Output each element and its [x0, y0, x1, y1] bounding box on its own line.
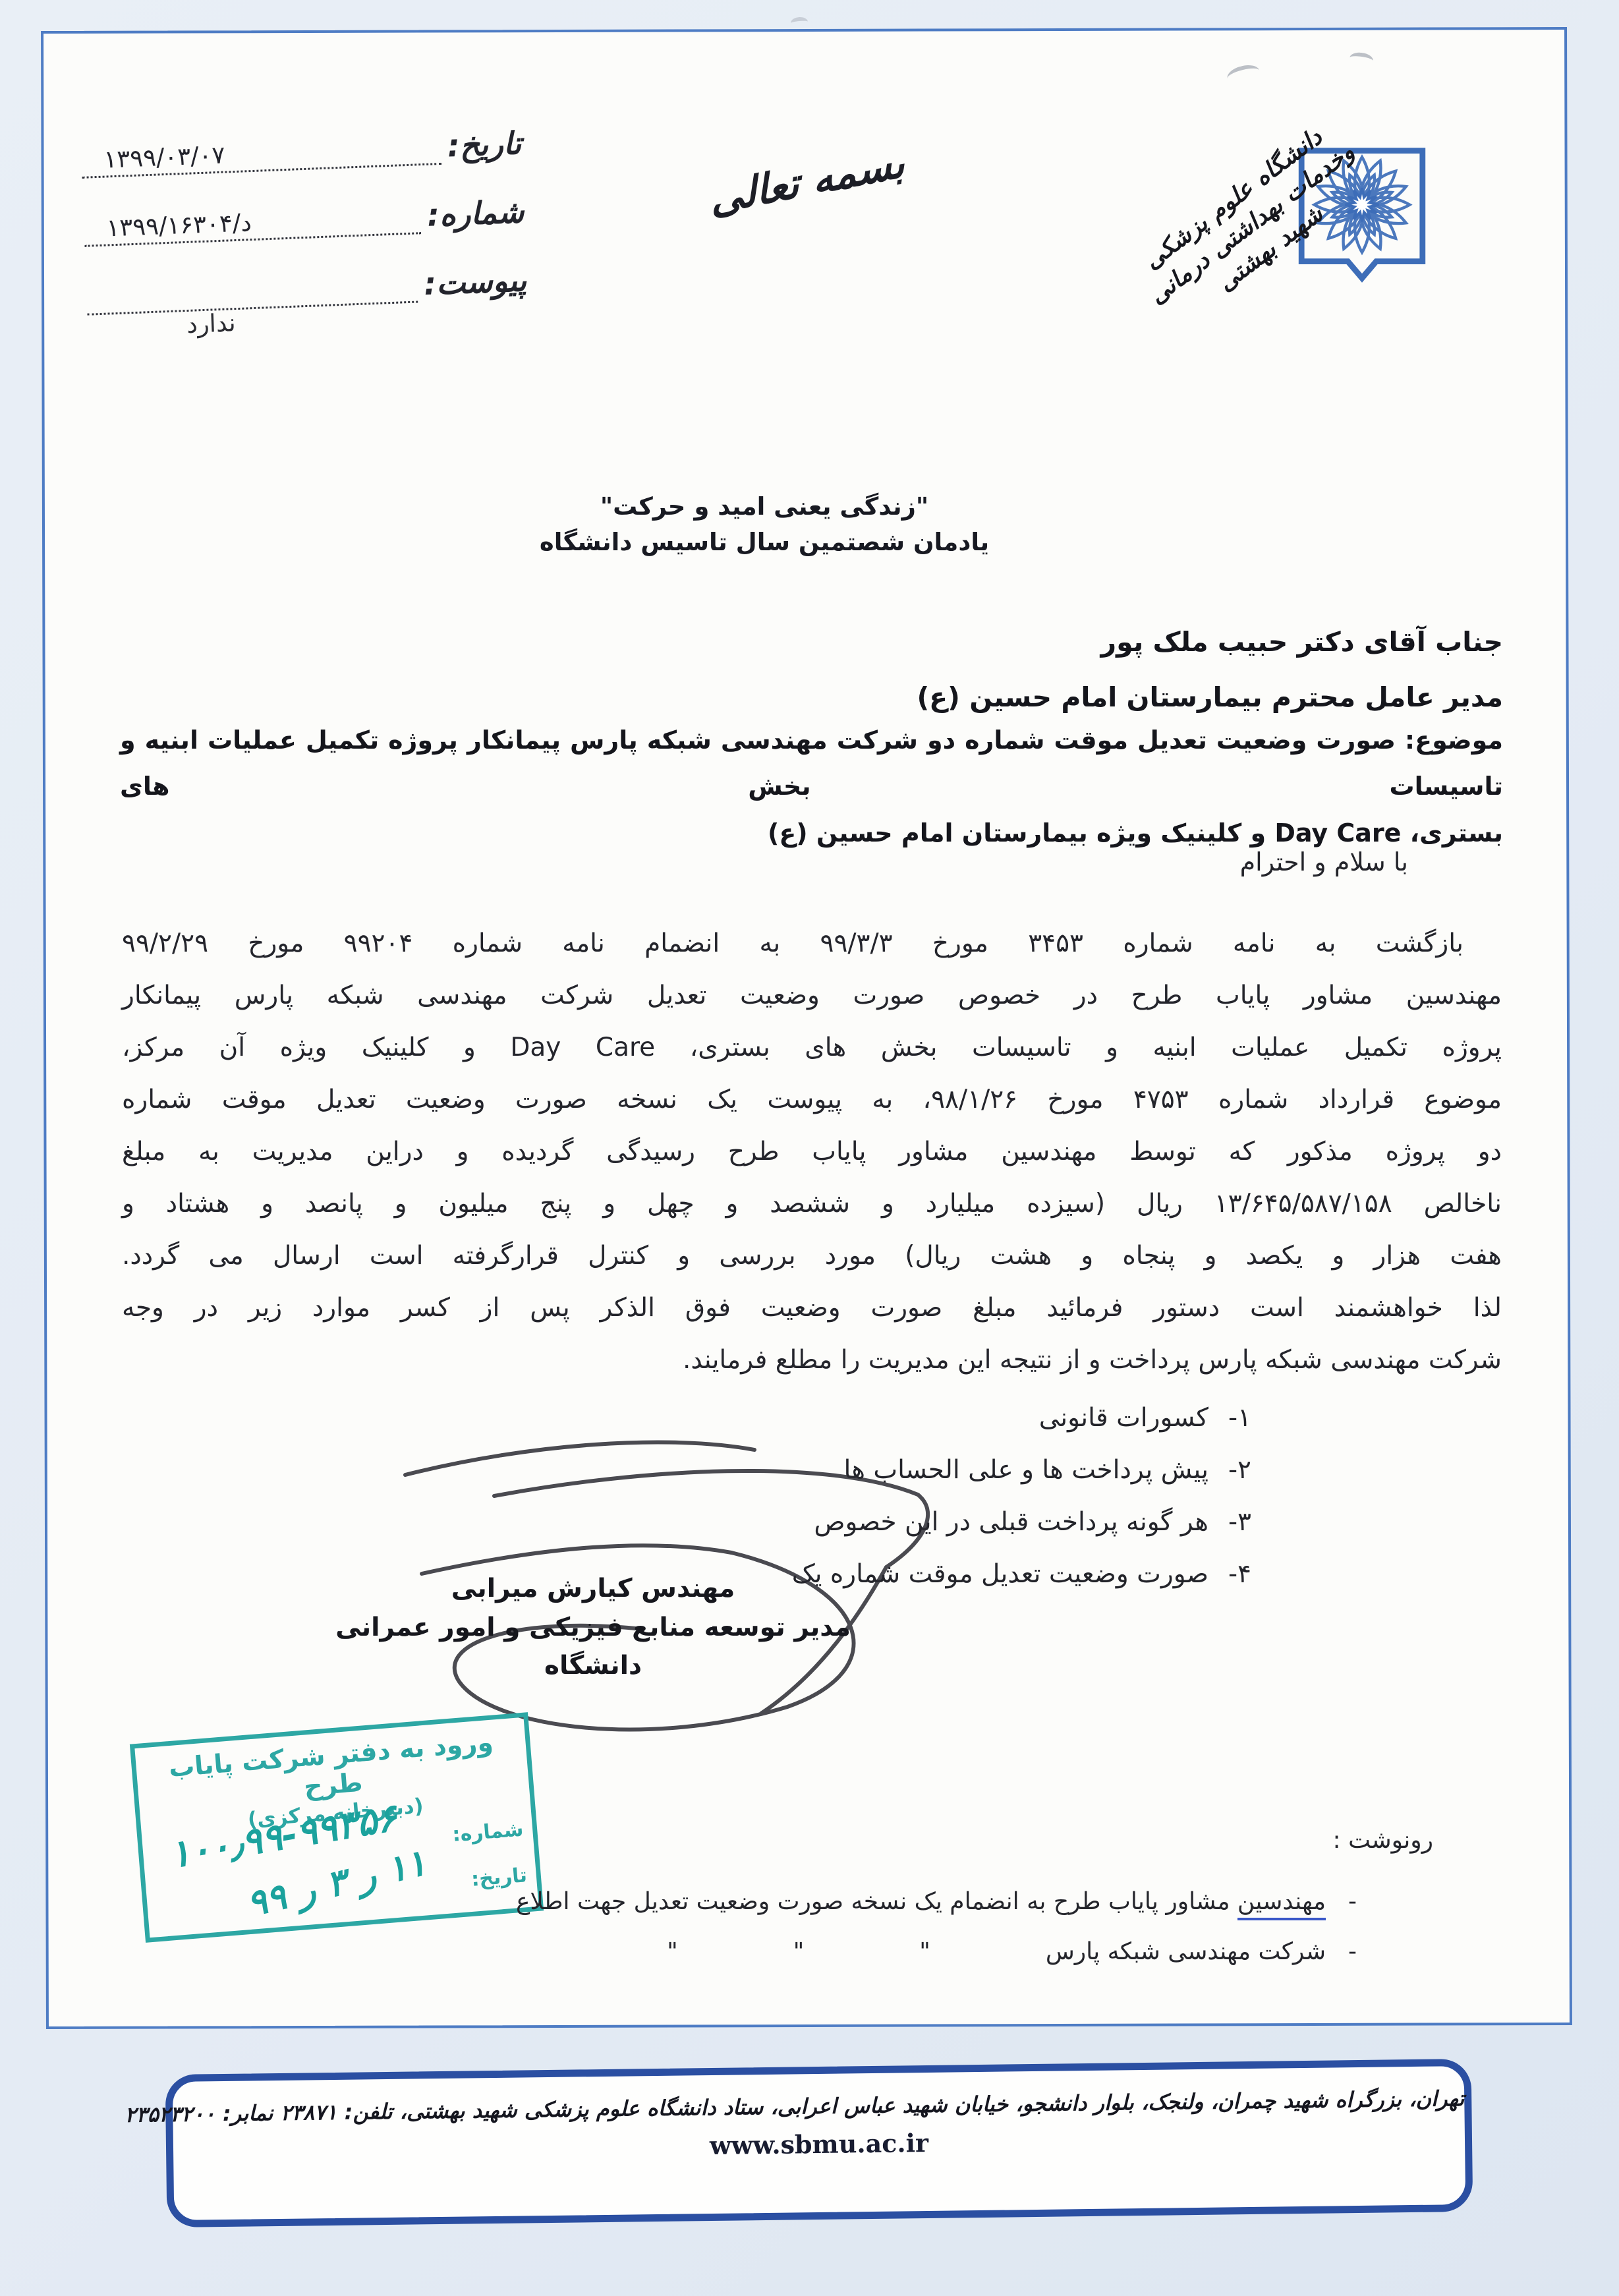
list-item-text: کسورات قانونی [1039, 1403, 1208, 1433]
slogan-block: "زندگی یعنی امید و حرکت" یادمان شصتمین س… [497, 489, 1031, 560]
deductions-list: ۱-کسورات قانونی ۲-پیش پرداخت ها و علی ال… [792, 1392, 1251, 1600]
body-line: پروژه تکمیل عملیات ابنیه و تاسیسات بخش ه… [122, 1021, 1502, 1074]
cc-item-dash: - [1348, 1888, 1357, 1915]
ditto-mark: " [919, 1938, 930, 1965]
list-item: ۲-پیش پرداخت ها و علی الحساب ها [792, 1444, 1251, 1496]
university-logo: دانشگاه علوم پزشکی وخدمات بهداشتی درمانی… [1117, 69, 1512, 392]
body-paragraph: بازگشت به نامه شماره ۳۴۵۳ مورخ ۹۹/۳/۳ به… [122, 917, 1502, 1386]
header-fields: تاریخ: ۱۳۹۹/۰۳/۰۷ شماره: ۱۳۹۹/د/۱۶۳۰۴ پی… [80, 121, 528, 343]
ditto-mark: " [793, 1938, 805, 1965]
ditto-mark: " [667, 1938, 678, 1965]
body-line: موضوع قرارداد شماره ۴۷۵۳ مورخ ۹۸/۱/۲۶، ب… [122, 1074, 1502, 1126]
body-line: دو پروژه مذکور که توسط مهندسین مشاور پای… [122, 1126, 1502, 1178]
footer-address: تهران، بزرگراه شهید چمران، ولنجک، بلوار … [173, 2086, 1464, 2127]
subject-line1: موضوع: صورت وضعیت تعدیل موقت شماره دو شر… [120, 717, 1503, 810]
scanned-letter-page: تاریخ: ۱۳۹۹/۰۳/۰۷ شماره: ۱۳۹۹/د/۱۶۳۰۴ پی… [0, 0, 1619, 2296]
body-line: ناخالص ۱۳/۶۴۵/۵۸۷/۱۵۸ ریال (سیزده میلیار… [122, 1178, 1502, 1230]
number-label: شماره: [426, 194, 525, 234]
salutation: با سلام و احترام [1240, 847, 1408, 876]
body-line: هفت هزار و یکصد و پنجاه و هشت ریال) مورد… [122, 1230, 1502, 1282]
body-line: شرکت مهندسی شبکه پارس پرداخت و از نتیجه … [122, 1334, 1502, 1386]
cc-item: -شرکت مهندسی شبکه پارس""" [507, 1927, 1357, 1977]
cc-item-text: شرکت مهندسی شبکه پارس [1046, 1938, 1326, 1965]
list-item-number: ۳- [1228, 1507, 1251, 1537]
recipient-name: جناب آقای دکتر حبیب ملک پور [917, 614, 1503, 670]
slogan-line2: یادمان شصتمین سال تاسیس دانشگاه [497, 525, 1031, 560]
date-label: تاریخ: [447, 125, 522, 164]
slogan-line1: "زندگی یعنی امید و حرکت" [497, 489, 1031, 525]
body-line: لذا خواهشمند است دستور فرمائید مبلغ صورت… [122, 1282, 1502, 1334]
cc-item: -مهندسین مشاور پایاب طرح به انضمام یک نس… [507, 1877, 1357, 1927]
footer-website: www.sbmu.ac.ir [173, 2121, 1465, 2167]
number-row: شماره: ۱۳۹۹/د/۱۶۳۰۴ [83, 189, 525, 247]
signatory-name: مهندس کیارش میرابی [290, 1570, 896, 1609]
stamp-number-label: شماره: [451, 1818, 524, 1847]
footer-address-box: تهران، بزرگراه شهید چمران، ولنجک، بلوار … [165, 2059, 1473, 2227]
signatory-title: مدیر توسعه منابع فیزیکی و امور عمرانی دا… [290, 1609, 896, 1686]
list-item: ۳-هر گونه پرداخت قبلی در این خصوص [792, 1496, 1251, 1548]
number-value-text: ۱۳۹۹/د/۱۶۳۰۴ [106, 208, 252, 242]
list-item: ۱-کسورات قانونی [792, 1392, 1251, 1444]
cc-item-underlined-word: مهندسین [1237, 1888, 1326, 1920]
body-line: بازگشت به نامه شماره ۳۴۵۳ مورخ ۹۹/۳/۳ به… [122, 917, 1502, 969]
scan-artifact [790, 16, 808, 28]
subject-block: موضوع: صورت وضعیت تعدیل موقت شماره دو شر… [120, 717, 1503, 856]
attachment-row: پیوست: ندارد [86, 258, 527, 316]
date-value-text: ۱۳۹۹/۰۳/۰۷ [103, 141, 225, 174]
receipt-stamp: ورود به دفتر شرکت پایاب طرح (دبیرخانه مر… [130, 1712, 544, 1943]
list-item-number: ۱- [1228, 1403, 1251, 1433]
body-line: مهندسین مشاور پایاب طرح در خصوص صورت وضع… [122, 969, 1502, 1021]
recipient-block: جناب آقای دکتر حبیب ملک پور مدیر عامل مح… [917, 614, 1503, 725]
list-item-text: پیش پرداخت ها و علی الحساب ها [844, 1455, 1208, 1485]
number-value: ۱۳۹۹/د/۱۶۳۰۴ [83, 193, 421, 247]
attachment-label: پیوست: [423, 262, 527, 302]
list-item-text: هر گونه پرداخت قبلی در این خصوص [814, 1507, 1208, 1537]
attachment-value: ندارد [186, 308, 236, 339]
cc-items: -مهندسین مشاور پایاب طرح به انضمام یک نس… [507, 1877, 1357, 1977]
cc-item-dash: - [1348, 1938, 1357, 1965]
signature-block: مهندس کیارش میرابی مدیر توسعه منابع فیزی… [290, 1570, 896, 1686]
list-item-number: ۲- [1228, 1455, 1251, 1485]
cc-item-text: مشاور پایاب طرح به انضمام یک نسخه صورت و… [516, 1888, 1237, 1915]
attachment-leader-line [86, 262, 418, 316]
cc-label: رونوشت : [1333, 1827, 1433, 1854]
list-item-number: ۴- [1228, 1559, 1251, 1589]
